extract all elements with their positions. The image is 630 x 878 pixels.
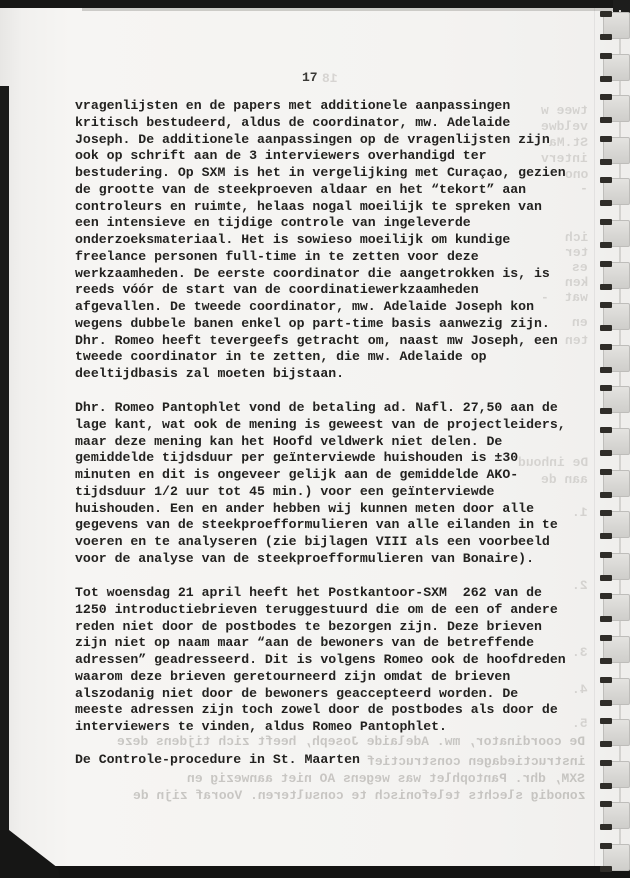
binding-loop xyxy=(603,844,630,871)
bleedthrough-text: zonodig slechts telefonisch te consulter… xyxy=(133,788,585,804)
top-edge-gray-line xyxy=(82,8,630,11)
section-heading: De Controle-procedure in St. Maarten xyxy=(75,752,580,769)
bleedthrough-text: 18 xyxy=(322,71,338,87)
bottom-left-corner-shadow xyxy=(0,830,60,878)
body-paragraph-2: Dhr. Romeo Pantophlet vond de betaling a… xyxy=(75,400,580,568)
binding-loop xyxy=(603,428,630,455)
binding-loop xyxy=(603,678,630,705)
binding-loop xyxy=(603,470,630,497)
binding-column xyxy=(600,0,630,878)
bleedthrough-text: SXM, dhr. Pantophlet was wegens AO niet … xyxy=(187,771,585,787)
binding-loop xyxy=(603,54,630,81)
binding-loop xyxy=(603,178,630,205)
binding-loop xyxy=(603,345,630,372)
binding-loop xyxy=(603,220,630,247)
top-edge-shadow xyxy=(0,0,630,8)
body-paragraph-3: Tot woensdag 21 april heeft het Postkant… xyxy=(75,585,580,736)
binding-loop xyxy=(603,262,630,289)
binding-loop xyxy=(603,303,630,330)
binding-loop xyxy=(603,802,630,829)
body-paragraph-1: vragenlijsten en de papers met additione… xyxy=(75,98,580,383)
binding-loop xyxy=(603,386,630,413)
binding-loop xyxy=(603,594,630,621)
binding-loop xyxy=(603,719,630,746)
binding-loop xyxy=(603,761,630,788)
binding-loop xyxy=(603,12,630,39)
bleedthrough-text: De coordinator, mw. Adelaide Joseph, hee… xyxy=(117,734,585,750)
binding-loop xyxy=(603,511,630,538)
binding-loop xyxy=(603,137,630,164)
bottom-edge-shadow xyxy=(0,866,630,878)
bleedthrough-text: - xyxy=(580,181,588,197)
page-edge-line xyxy=(594,8,595,866)
binding-loop xyxy=(603,636,630,663)
binding-loop xyxy=(603,553,630,580)
left-edge-shadow xyxy=(0,86,9,878)
page-number: 17 xyxy=(302,70,318,85)
binding-loop xyxy=(603,95,630,122)
scanned-document-page: 18twee wveldweSt.Maintervono-ichteresken… xyxy=(0,0,630,878)
